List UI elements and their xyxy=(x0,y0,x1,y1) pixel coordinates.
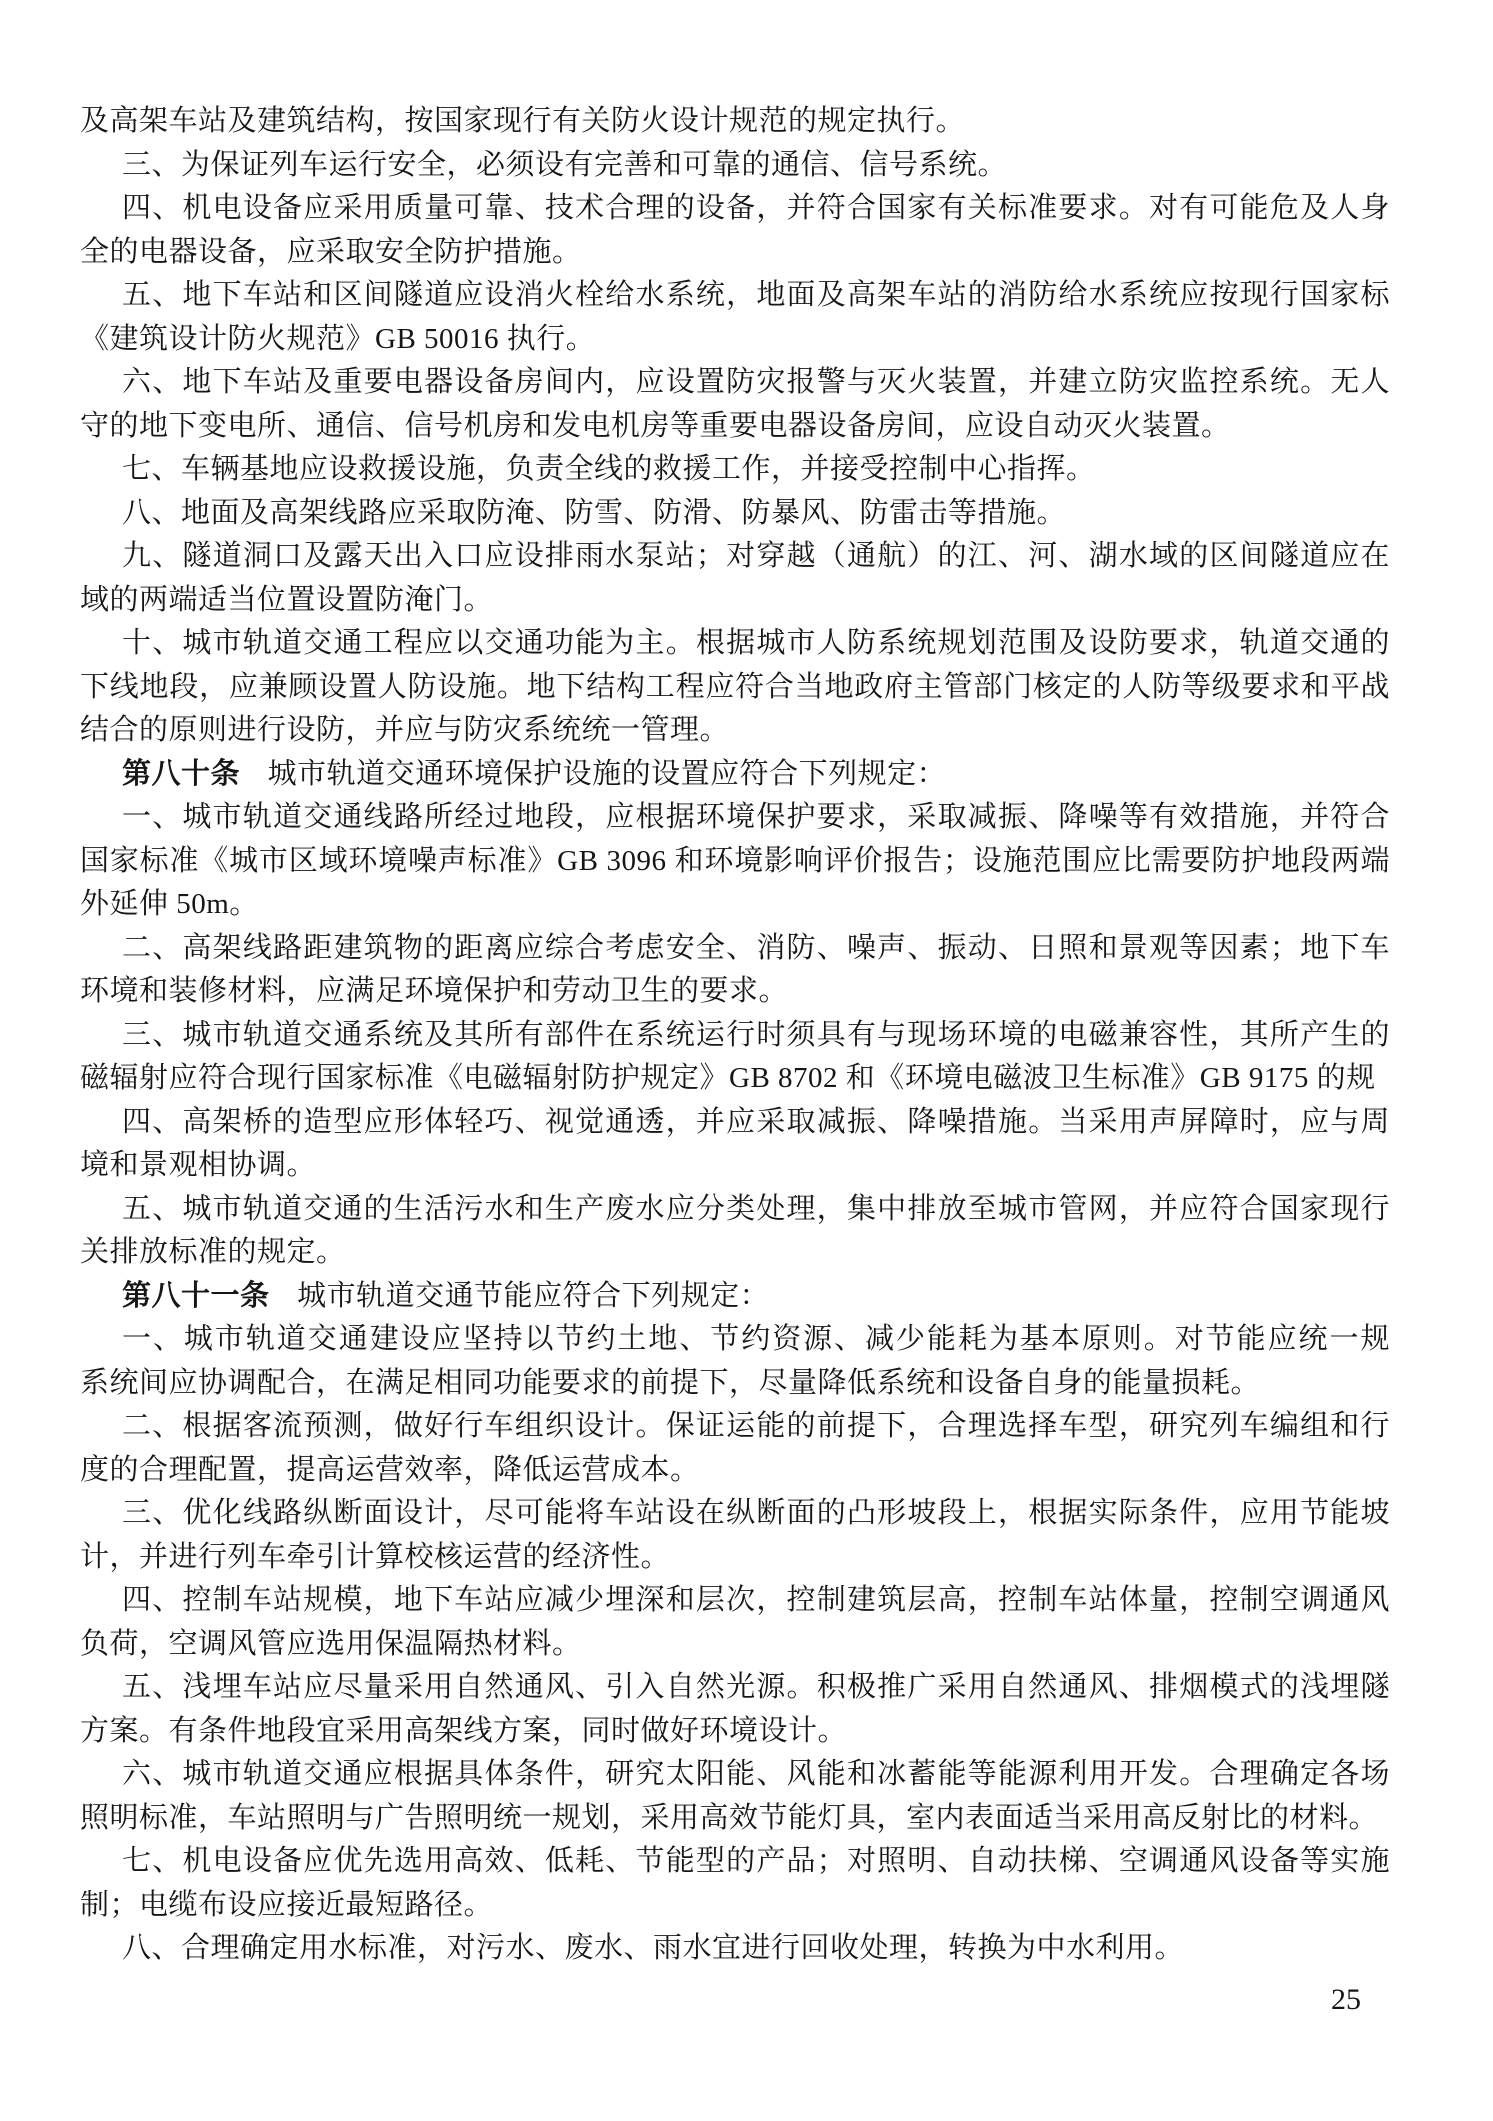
text-line: 八、地面及高架线路应采取防淹、防雪、防滑、防暴风、防雷击等措施。 xyxy=(80,492,1390,536)
page-number: 25 xyxy=(1331,1983,1361,2017)
text-line: 四、机电设备应采用质量可靠、技术合理的设备，并符合国家有关标准要求。对有可能危及… xyxy=(80,187,1390,231)
text-line: 外延伸 50m。 xyxy=(80,883,1390,927)
text-line: 二、高架线路距建筑物的距离应综合考虑安全、消防、噪声、振动、日照和景观等因素；地… xyxy=(80,927,1390,971)
text-line: 六、城市轨道交通应根据具体条件，研究太阳能、风能和冰蓄能等能源利用开发。合理确定… xyxy=(80,1753,1390,1797)
text-line: 三、优化线路纵断面设计，尽可能将车站设在纵断面的凸形坡段上，根据实际条件，应用节… xyxy=(80,1492,1390,1536)
article-heading-text: 城市轨道交通环境保护设施的设置应符合下列规定： xyxy=(268,758,947,790)
text-line: 四、控制车站规模，地下车站应减少埋深和层次，控制建筑层高，控制车站体量，控制空调… xyxy=(80,1579,1390,1623)
text-line: 结合的原则进行设防，并应与防灾系统统一管理。 xyxy=(80,709,1390,753)
text-line: 《建筑设计防火规范》GB 50016 执行。 xyxy=(80,318,1390,362)
text-line: 五、城市轨道交通的生活污水和生产废水应分类处理，集中排放至城市管网，并应符合国家… xyxy=(80,1188,1390,1232)
article-number: 第八十条 xyxy=(122,758,240,790)
text-line: 全的电器设备，应采取安全防护措施。 xyxy=(80,231,1390,275)
text-line: 守的地下变电所、通信、信号机房和发电机房等重要电器设备房间，应设自动灭火装置。 xyxy=(80,405,1390,449)
article-number: 第八十一条 xyxy=(122,1280,270,1312)
text-line: 关排放标准的规定。 xyxy=(80,1231,1390,1275)
text-line: 制；电缆布设应接近最短路径。 xyxy=(80,1884,1390,1928)
text-line: 五、浅埋车站应尽量采用自然通风、引入自然光源。积极推广采用自然通风、排烟模式的浅… xyxy=(80,1666,1390,1710)
text-line: 四、高架桥的造型应形体轻巧、视觉通透，并应采取减振、降噪措施。当采用声屏障时，应… xyxy=(80,1101,1390,1145)
text-line: 七、机电设备应优先选用高效、低耗、节能型的产品；对照明、自动扶梯、空调通风设备等… xyxy=(80,1840,1390,1884)
text-line: 一、城市轨道交通建设应坚持以节约土地、节约资源、减少能耗为基本原则。对节能应统一… xyxy=(80,1318,1390,1362)
text-line: 环境和装修材料，应满足环境保护和劳动卫生的要求。 xyxy=(80,970,1390,1014)
text-line: 及高架车站及建筑结构，按国家现行有关防火设计规范的规定执行。 xyxy=(80,100,1390,144)
text-line: 第八十条城市轨道交通环境保护设施的设置应符合下列规定： xyxy=(80,753,1390,797)
text-line: 计，并进行列车牵引计算校核运营的经济性。 xyxy=(80,1536,1390,1580)
text-line: 系统间应协调配合，在满足相同功能要求的前提下，尽量降低系统和设备自身的能量损耗。 xyxy=(80,1362,1390,1406)
text-line: 方案。有条件地段宜采用高架线方案，同时做好环境设计。 xyxy=(80,1710,1390,1754)
text-line: 二、根据客流预测，做好行车组织设计。保证运能的前提下，合理选择车型，研究列车编组… xyxy=(80,1405,1390,1449)
text-line: 国家标准《城市区域环境噪声标准》GB 3096 和环境影响评价报告；设施范围应比… xyxy=(80,840,1390,884)
text-line: 九、隧道洞口及露天出入口应设排雨水泵站；对穿越（通航）的江、河、湖水域的区间隧道… xyxy=(80,535,1390,579)
text-line: 一、城市轨道交通线路所经过地段，应根据环境保护要求，采取减振、降噪等有效措施，并… xyxy=(80,796,1390,840)
text-line: 负荷，空调风管应选用保温隔热材料。 xyxy=(80,1623,1390,1667)
text-line: 八、合理确定用水标准，对污水、废水、雨水宜进行回收处理，转换为中水利用。 xyxy=(80,1927,1390,1971)
text-line: 域的两端适当位置设置防淹门。 xyxy=(80,579,1390,623)
text-line: 第八十一条城市轨道交通节能应符合下列规定： xyxy=(80,1275,1390,1319)
text-line: 六、地下车站及重要电器设备房间内，应设置防灾报警与灭火装置，并建立防灾监控系统。… xyxy=(80,361,1390,405)
text-line: 下线地段，应兼顾设置人防设施。地下结构工程应符合当地政府主管部门核定的人防等级要… xyxy=(80,666,1390,710)
text-line: 五、地下车站和区间隧道应设消火栓给水系统，地面及高架车站的消防给水系统应按现行国… xyxy=(80,274,1390,318)
text-line: 七、车辆基地应设救援设施，负责全线的救援工作，并接受控制中心指挥。 xyxy=(80,448,1390,492)
text-line: 境和景观相协调。 xyxy=(80,1144,1390,1188)
text-line: 磁辐射应符合现行国家标准《电磁辐射防护规定》GB 8702 和《环境电磁波卫生标… xyxy=(80,1057,1390,1101)
text-line: 十、城市轨道交通工程应以交通功能为主。根据城市人防系统规划范围及设防要求，轨道交… xyxy=(80,622,1390,666)
article-heading-text: 城市轨道交通节能应符合下列规定： xyxy=(297,1280,769,1312)
text-line: 三、城市轨道交通系统及其所有部件在系统运行时须具有与现场环境的电磁兼容性，其所产… xyxy=(80,1014,1390,1058)
document-page: 及高架车站及建筑结构，按国家现行有关防火设计规范的规定执行。三、为保证列车运行安… xyxy=(0,0,1493,2121)
text-line: 三、为保证列车运行安全，必须设有完善和可靠的通信、信号系统。 xyxy=(80,144,1390,188)
text-line: 照明标准，车站照明与广告照明统一规划，采用高效节能灯具，室内表面适当采用高反射比… xyxy=(80,1797,1390,1841)
document-body: 及高架车站及建筑结构，按国家现行有关防火设计规范的规定执行。三、为保证列车运行安… xyxy=(80,100,1390,1971)
text-line: 度的合理配置，提高运营效率，降低运营成本。 xyxy=(80,1449,1390,1493)
